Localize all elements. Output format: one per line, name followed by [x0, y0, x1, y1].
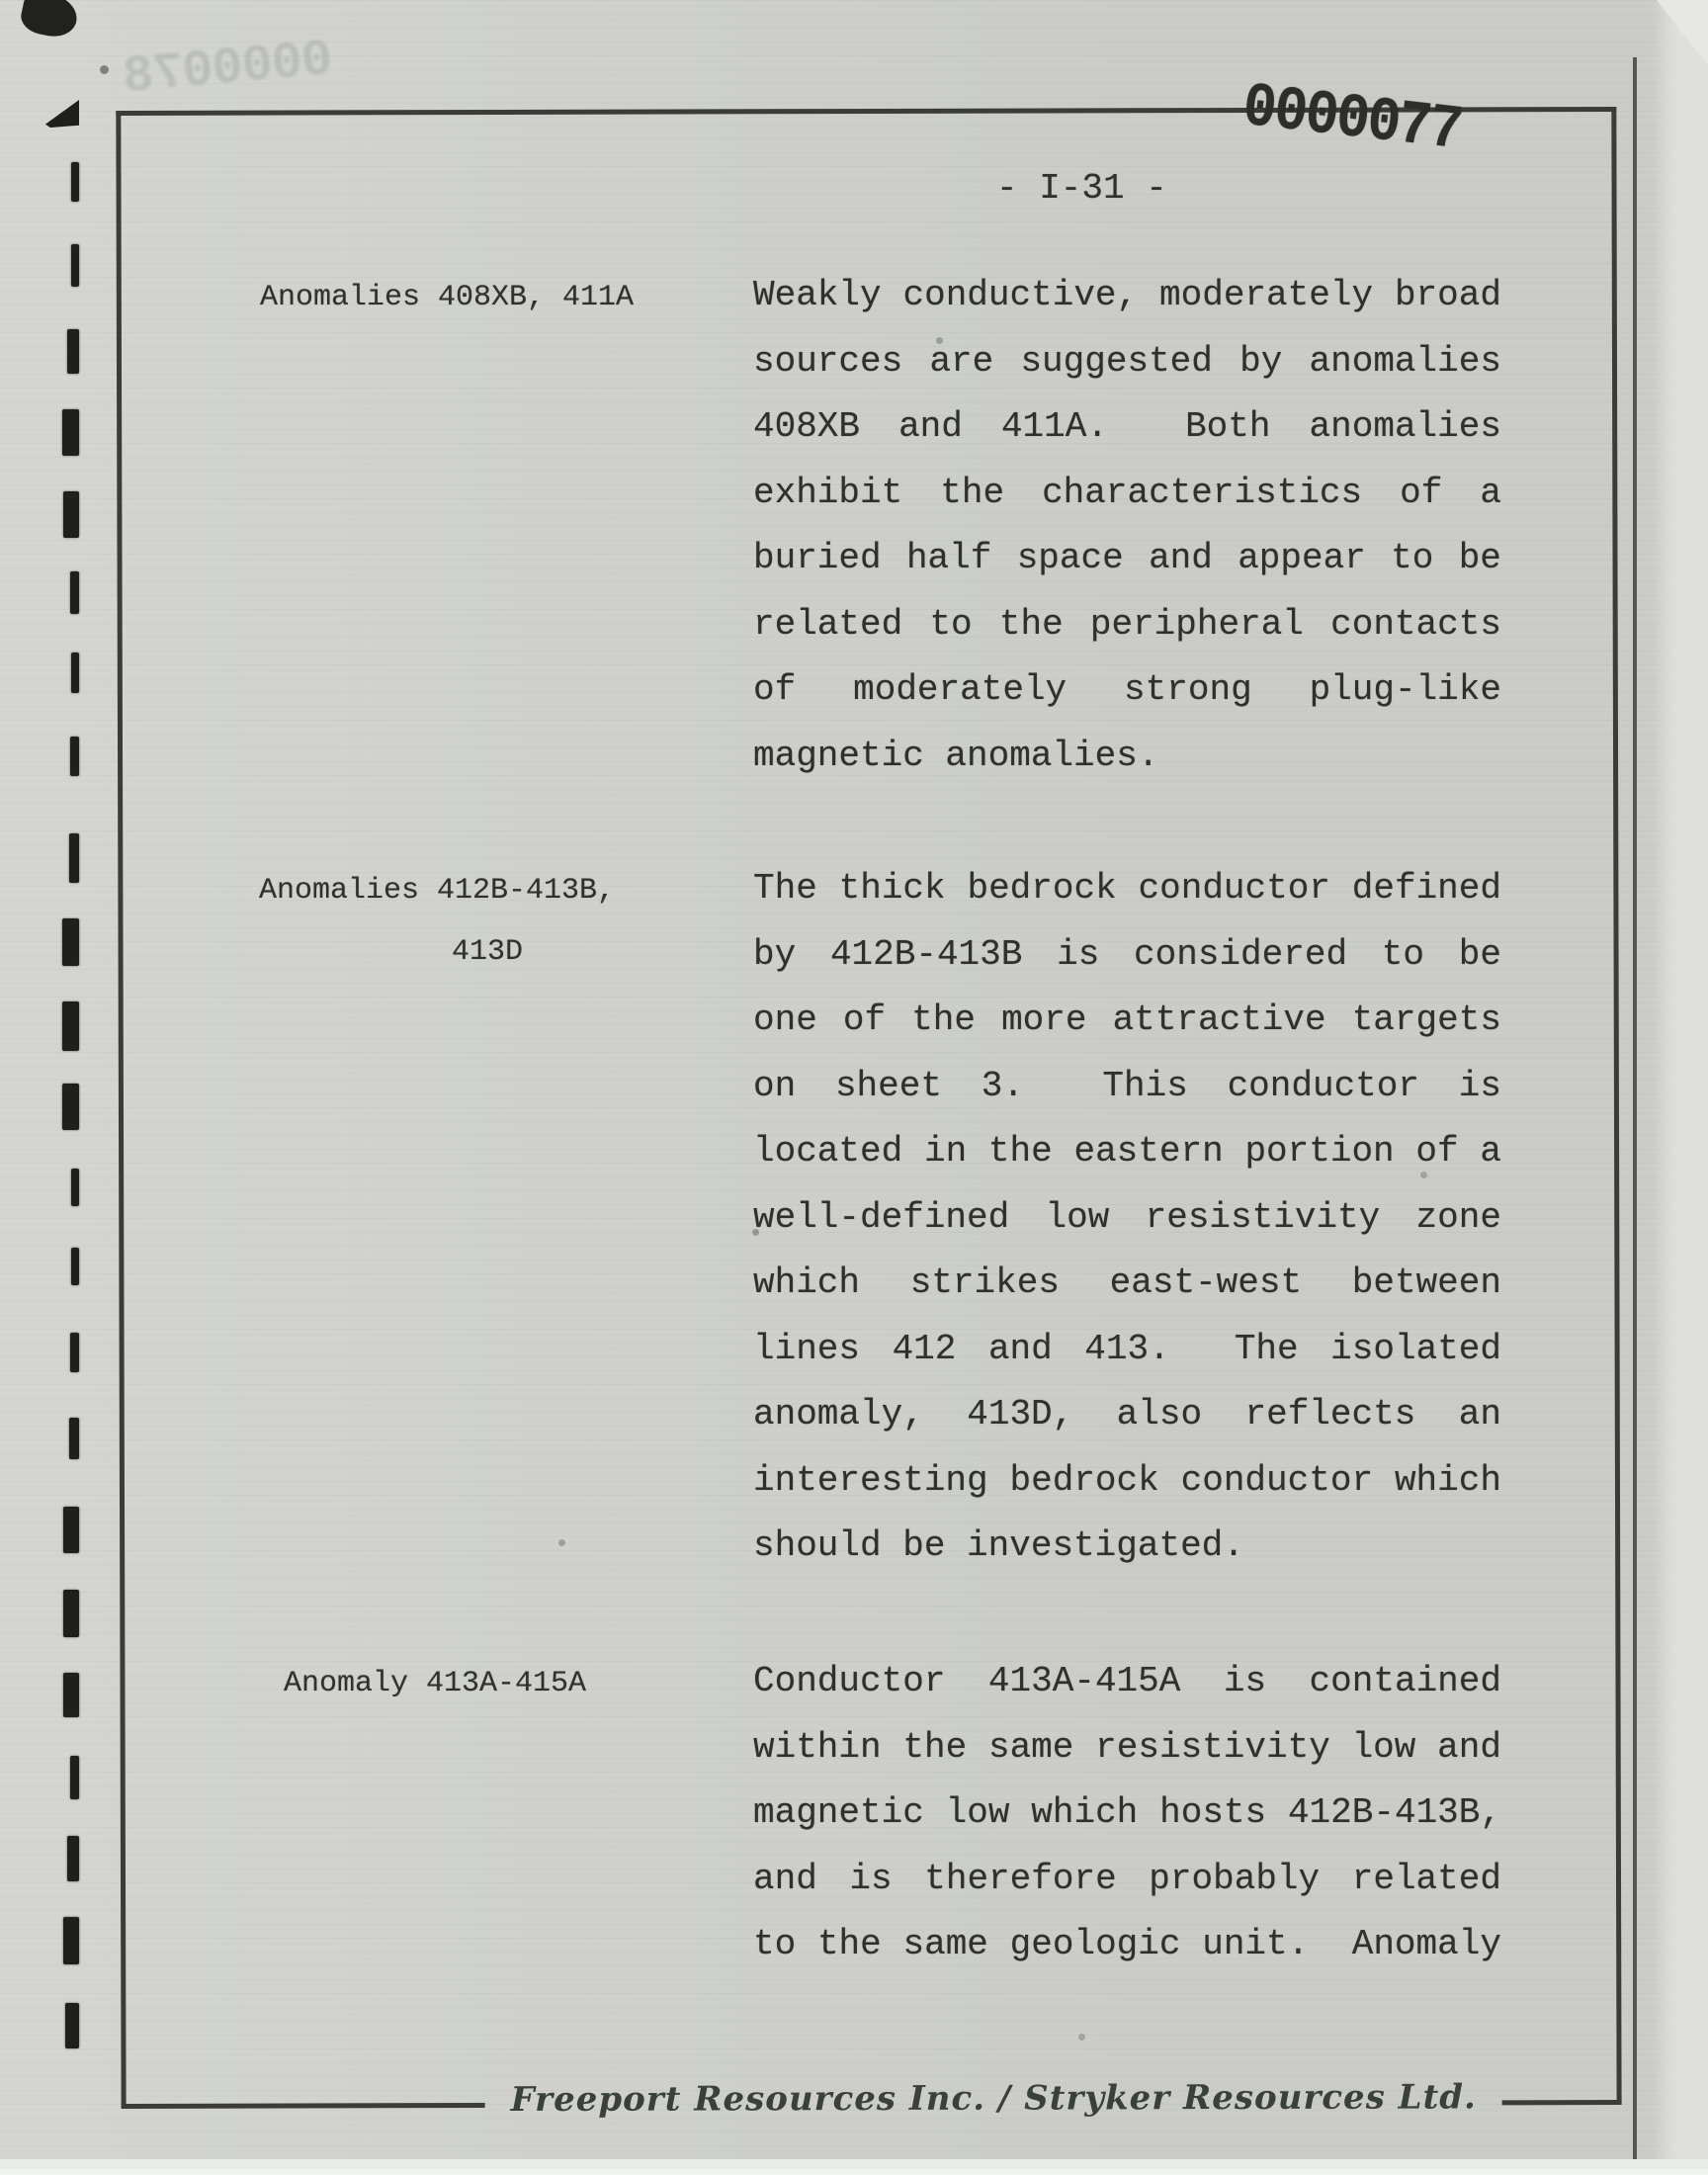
footer-rule-row: Freeport Resources Inc. / Stryker Resour…	[122, 2074, 1622, 2133]
word: to	[1382, 922, 1424, 989]
text-line: should be investigated.	[753, 1514, 1501, 1580]
word: of	[843, 988, 886, 1054]
word: zone	[1416, 1185, 1501, 1252]
company-footer: Freeport Resources Inc. / Stryker Resour…	[485, 2077, 1502, 2120]
scanned-document-page: 0000078 Freeport Resources Inc. / Stryke…	[0, 0, 1708, 2175]
binding-mark	[63, 491, 79, 538]
binding-mark	[70, 737, 79, 776]
word: suggested	[1020, 329, 1212, 395]
section-body: Weaklyconductive,moderatelybroadsourcesa…	[753, 263, 1501, 789]
word: Weakly	[753, 263, 882, 329]
word: anomalies	[1310, 394, 1501, 461]
word: of	[753, 657, 796, 724]
word: appear	[1238, 526, 1366, 592]
text-line: anomaly,413D,alsoreflectsan	[753, 1382, 1501, 1448]
word: 3.	[982, 1054, 1024, 1120]
word: to	[753, 1912, 796, 1978]
word: and	[988, 1317, 1053, 1383]
word: geologic	[1010, 1912, 1181, 1978]
binding-mark	[69, 833, 79, 883]
binding-mark	[45, 100, 79, 128]
word: the	[902, 1715, 967, 1782]
word: sheet	[835, 1054, 942, 1120]
text-line: withinthesameresistivitylowand	[753, 1715, 1501, 1782]
word: isolated	[1330, 1317, 1501, 1383]
binding-mark	[63, 1917, 79, 1964]
heading-line: 413D	[452, 921, 615, 983]
section-heading: Anomalies 412B-413B,413D	[259, 860, 615, 983]
binding-mark	[62, 1001, 79, 1051]
word: and	[898, 394, 963, 461]
word: 411A.	[1001, 394, 1108, 461]
binding-mark	[70, 1333, 79, 1372]
word: anomaly,	[753, 1382, 924, 1448]
word: targets	[1352, 988, 1501, 1054]
word: unit.	[1202, 1912, 1309, 1978]
section-body: Thethickbedrockconductordefinedby412B-41…	[753, 856, 1501, 1580]
word: moderately	[853, 657, 1067, 724]
text-line: by412B-413Bisconsideredtobe	[753, 922, 1501, 989]
word: bedrock	[1010, 1448, 1159, 1515]
page-edge-scan-line	[1633, 57, 1637, 2175]
binding-mark	[71, 244, 79, 287]
heading-line: Anomalies 412B-413B,	[259, 860, 615, 921]
word: same	[903, 1912, 988, 1978]
word: a	[1480, 1119, 1501, 1185]
word: and	[1437, 1715, 1501, 1782]
text-line: oneofthemoreattractivetargets	[753, 988, 1501, 1054]
text-line: lines412and413.Theisolated	[753, 1317, 1501, 1383]
word: bedrock	[967, 856, 1116, 922]
word: strong	[1124, 657, 1252, 724]
binding-mark	[62, 409, 79, 456]
word: the	[817, 1912, 882, 1978]
binding-mark	[63, 1673, 79, 1717]
text-line: onsheet3.Thisconductoris	[753, 1054, 1501, 1120]
word: is	[1459, 1054, 1501, 1120]
word: anomalies	[1310, 329, 1501, 395]
text-line: Conductor413A-415Aiscontained	[753, 1649, 1501, 1715]
paper-edge-shade	[1651, 0, 1708, 2175]
binding-mark	[67, 1836, 79, 1881]
word: interesting	[753, 1448, 988, 1515]
word: which	[1031, 1781, 1138, 1847]
word: 412B-413B,	[1288, 1781, 1501, 1847]
binding-mark	[62, 1084, 79, 1130]
word: conductor	[1139, 856, 1330, 922]
word: which	[1395, 1448, 1501, 1515]
word: reflects	[1245, 1382, 1416, 1448]
word: strikes	[910, 1251, 1060, 1317]
word: the	[940, 461, 1004, 527]
word: magnetic	[753, 1781, 924, 1847]
word: related	[1352, 1847, 1501, 1913]
word: thick	[839, 856, 946, 922]
word: the	[988, 1119, 1053, 1185]
word: by	[1239, 329, 1282, 395]
word: contacts	[1330, 592, 1501, 658]
word: conductor	[1228, 1054, 1419, 1120]
heading-line: Anomaly 413A-415A	[284, 1653, 586, 1714]
word: is	[849, 1847, 892, 1913]
word: 413D,	[967, 1382, 1073, 1448]
text-line: sourcesaresuggestedbyanomalies	[753, 329, 1501, 395]
text-line: andisthereforeprobablyrelated	[753, 1847, 1501, 1913]
word: an	[1459, 1382, 1501, 1448]
binding-mark	[63, 1590, 79, 1637]
section-heading: Anomalies 408XB, 411A	[260, 267, 634, 328]
word: The	[1235, 1317, 1299, 1383]
word: space	[1017, 526, 1124, 592]
word: is	[1224, 1649, 1266, 1715]
word: conductive,	[903, 263, 1139, 329]
word: within	[753, 1715, 882, 1782]
binding-mark	[67, 329, 79, 374]
text-line: ofmoderatelystrongplug-like	[753, 657, 1501, 724]
word: lines	[753, 1317, 860, 1383]
word: of	[1400, 461, 1442, 527]
binding-mark	[65, 2003, 79, 2048]
text-line: 408XBand411A.Bothanomalies	[753, 394, 1501, 461]
word: Both	[1185, 394, 1270, 461]
word: 408XB	[753, 394, 860, 461]
word: low	[1046, 1185, 1110, 1252]
word: contained	[1310, 1649, 1501, 1715]
word: resistivity	[1146, 1185, 1381, 1252]
word: east-west	[1110, 1251, 1302, 1317]
word: conductor	[1181, 1448, 1373, 1515]
word: exhibit	[753, 461, 902, 527]
text-line: buriedhalfspaceandappeartobe	[753, 526, 1501, 592]
word: Anomaly	[1352, 1912, 1501, 1978]
word: resistivity	[1095, 1715, 1330, 1782]
word: more	[1001, 988, 1086, 1054]
word: The	[753, 856, 817, 922]
word: This	[1102, 1054, 1187, 1120]
word: Conductor	[753, 1649, 945, 1715]
binding-mark	[71, 1248, 79, 1285]
word: low	[946, 1781, 1010, 1847]
word: 412B-413B	[830, 922, 1022, 989]
word: portion	[1244, 1119, 1394, 1185]
text-line: well-definedlowresistivityzone	[753, 1185, 1501, 1252]
text-line: whichstrikeseast-westbetween	[753, 1251, 1501, 1317]
binding-mark	[71, 652, 79, 693]
word: are	[929, 329, 993, 395]
dust-specks	[0, 0, 5, 5]
section-heading: Anomaly 413A-415A	[284, 1653, 586, 1714]
word: considered	[1134, 922, 1347, 989]
word: 412	[893, 1317, 957, 1383]
word: which	[753, 1251, 860, 1317]
binding-mark	[69, 1418, 79, 1459]
word: be	[1459, 922, 1501, 989]
word: of	[1415, 1119, 1458, 1185]
text-line: relatedtotheperipheralcontacts	[753, 592, 1501, 658]
word: be	[1459, 526, 1501, 592]
word: characteristics	[1042, 461, 1362, 527]
text-line: locatedintheeasternportionofa	[753, 1119, 1501, 1185]
footer-rule-left	[122, 2103, 485, 2109]
word: therefore	[924, 1847, 1116, 1913]
word: the	[999, 592, 1064, 658]
binding-mark	[71, 1169, 79, 1206]
word: low	[1352, 1715, 1416, 1782]
page-number: - I-31 -	[996, 168, 1167, 209]
word: peripheral	[1090, 592, 1304, 658]
word: well-defined	[753, 1185, 1009, 1252]
text-line: magneticlowwhichhosts412B-413B,	[753, 1781, 1501, 1847]
word: broad	[1395, 263, 1501, 329]
word: moderately	[1159, 263, 1373, 329]
word: buried	[753, 526, 882, 592]
scanner-background-sliver	[0, 2169, 1708, 2175]
word: the	[911, 988, 976, 1054]
text-line: tothesamegeologicunit.Anomaly	[753, 1912, 1501, 1978]
text-line: Weaklyconductive,moderatelybroad	[753, 263, 1501, 329]
word: probably	[1149, 1847, 1320, 1913]
binding-mark	[71, 162, 79, 202]
word: on	[753, 1054, 796, 1120]
word: and	[753, 1847, 817, 1913]
text-line: Thethickbedrockconductordefined	[753, 856, 1501, 922]
text-line: interestingbedrockconductorwhich	[753, 1448, 1501, 1515]
word: attractive	[1113, 988, 1326, 1054]
binding-mark	[70, 571, 79, 614]
section-body: Conductor413A-415Aiscontainedwithinthesa…	[753, 1649, 1501, 1978]
word: located	[753, 1119, 902, 1185]
word: also	[1117, 1382, 1202, 1448]
text-line: exhibitthecharacteristicsofa	[753, 461, 1501, 527]
word: is	[1057, 922, 1099, 989]
heading-line: Anomalies 408XB, 411A	[260, 267, 634, 328]
binding-mark	[62, 918, 79, 966]
word: 413.	[1084, 1317, 1169, 1383]
word: half	[906, 526, 991, 592]
word: to	[1391, 526, 1433, 592]
word: one	[753, 988, 817, 1054]
word: between	[1352, 1251, 1501, 1317]
word: in	[924, 1119, 967, 1185]
word: eastern	[1073, 1119, 1223, 1185]
word: by	[753, 922, 796, 989]
word: sources	[753, 329, 902, 395]
word: 413A-415A	[988, 1649, 1180, 1715]
binding-mark	[63, 1507, 79, 1553]
word: hosts	[1159, 1781, 1266, 1847]
word: a	[1480, 461, 1501, 527]
word: plug-like	[1310, 657, 1501, 724]
binding-mark	[70, 1756, 79, 1799]
word: and	[1149, 526, 1213, 592]
word: same	[988, 1715, 1073, 1782]
footer-rule-right	[1502, 2100, 1622, 2105]
text-line: magnetic anomalies.	[753, 724, 1501, 790]
word: defined	[1352, 856, 1501, 922]
word: to	[929, 592, 972, 658]
word: related	[753, 592, 902, 658]
